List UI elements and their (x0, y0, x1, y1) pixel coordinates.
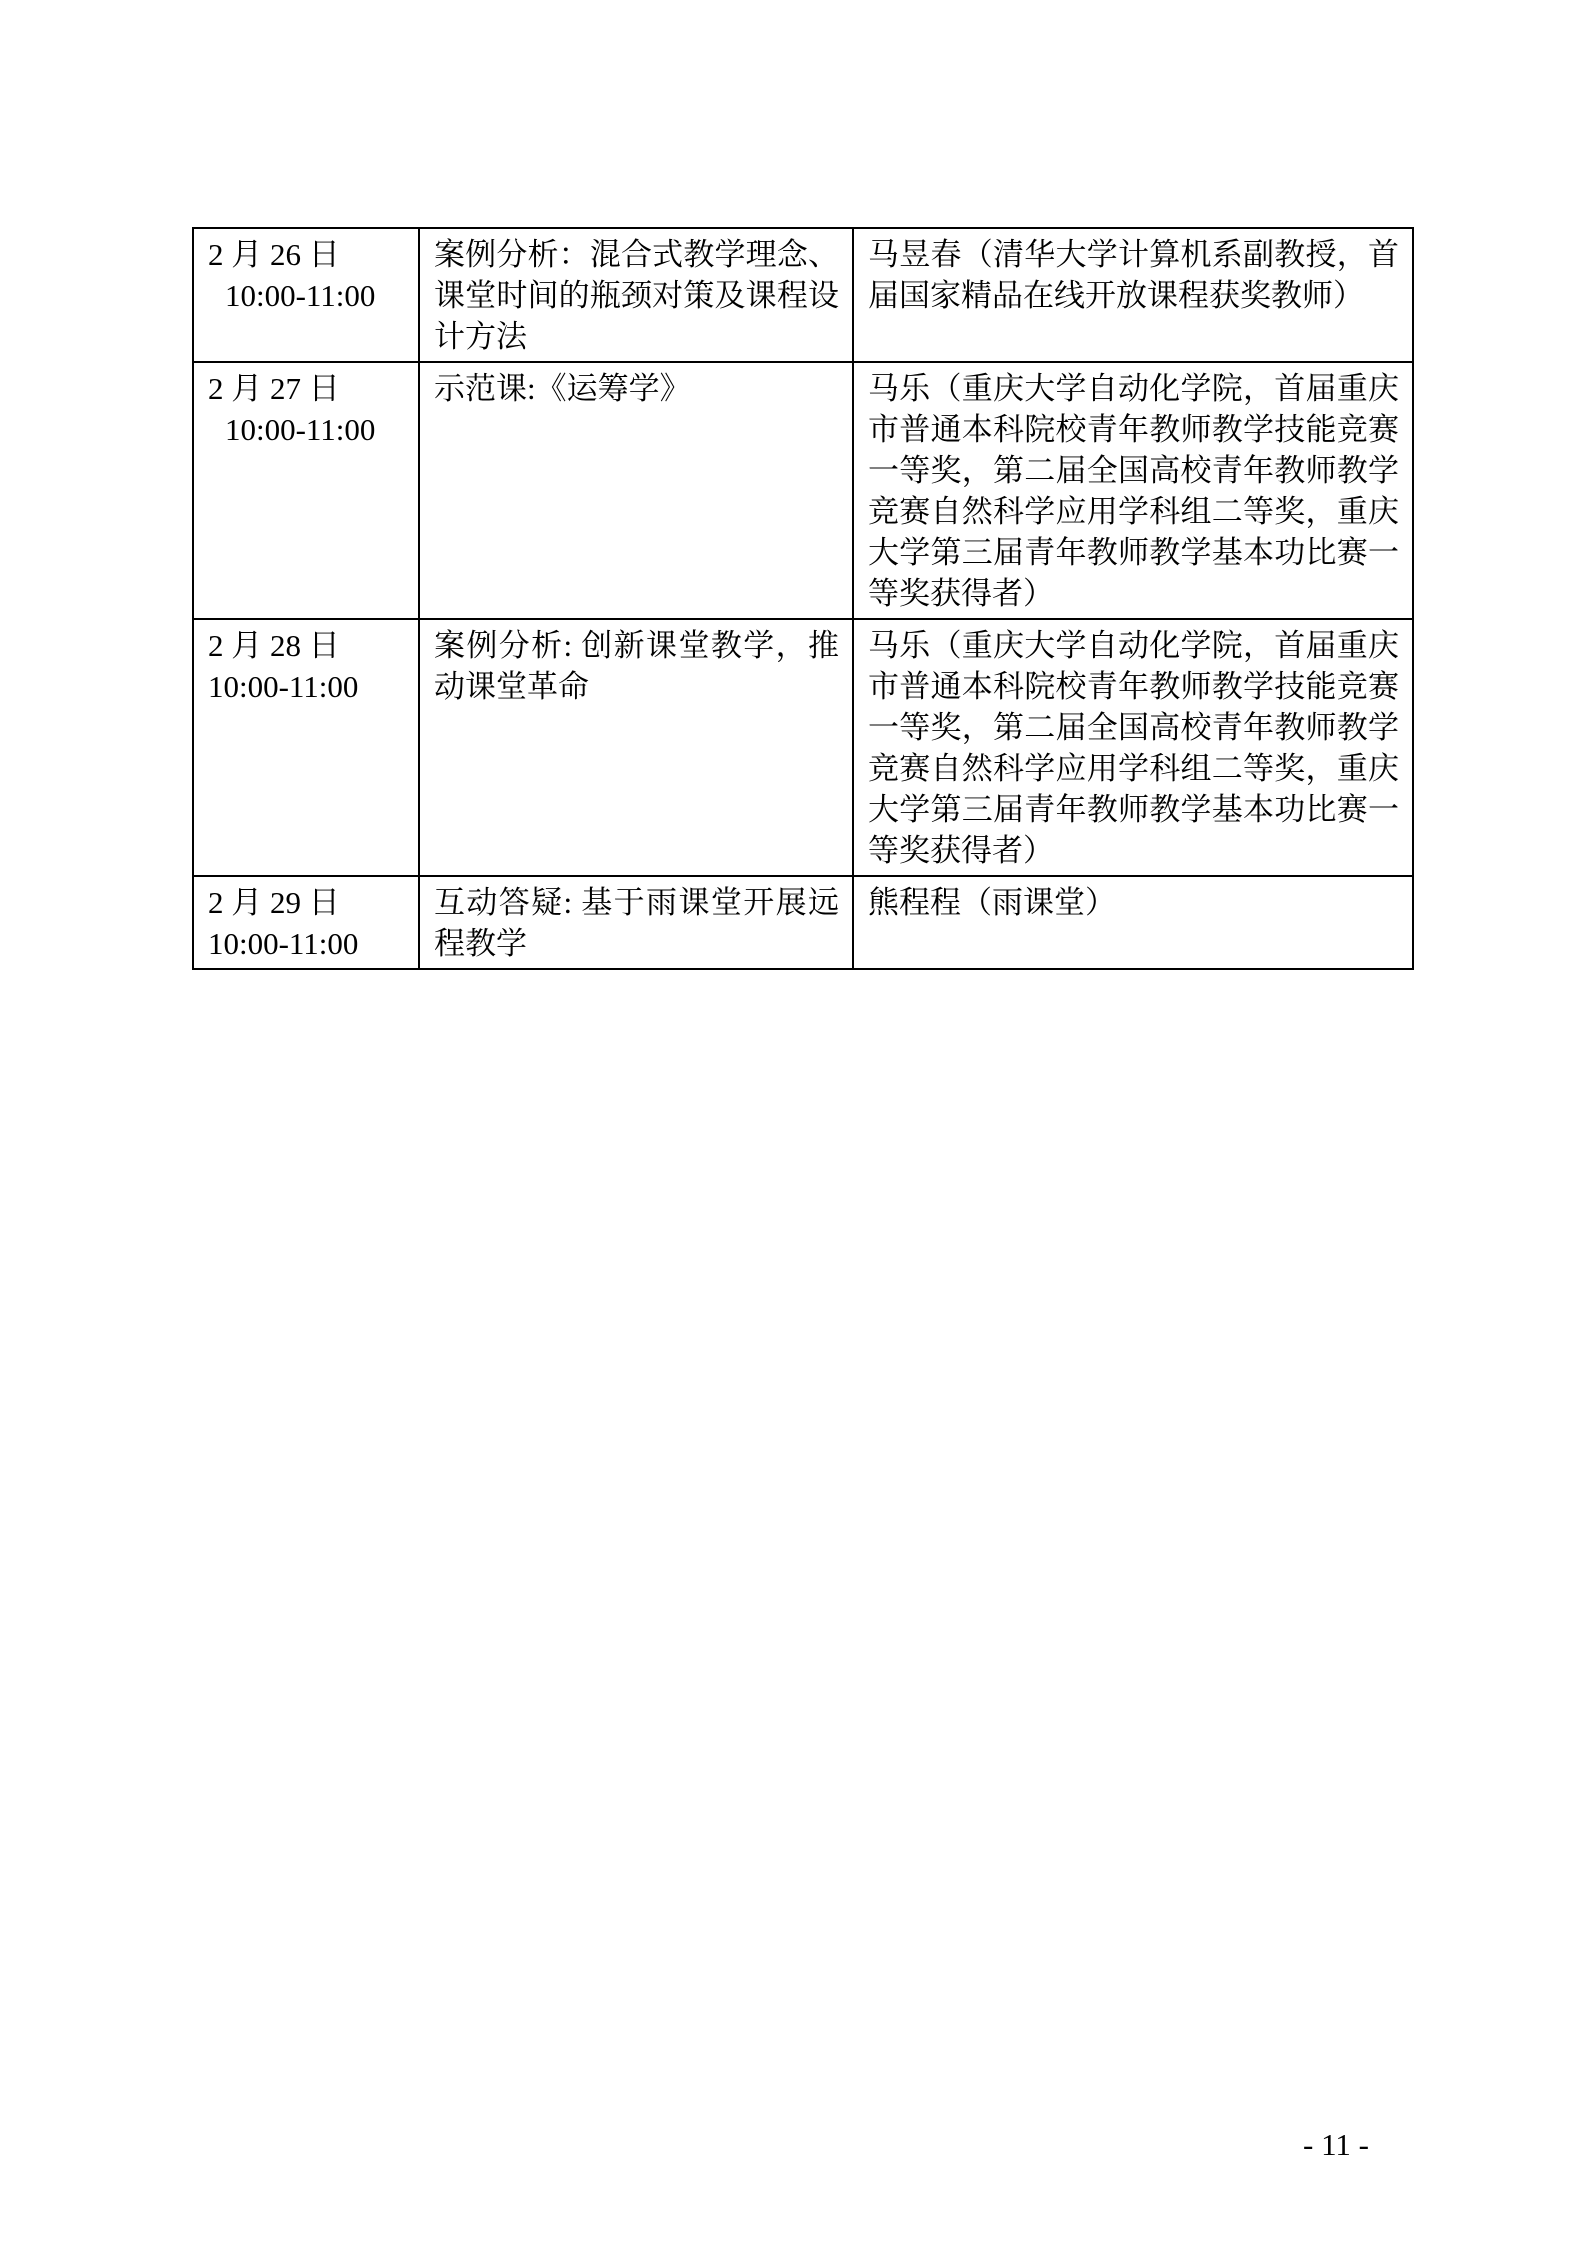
session-time: 10:00-11:00 (208, 409, 405, 450)
session-time: 10:00-11:00 (208, 666, 405, 707)
presenter-cell: 熊程程（雨课堂） (853, 876, 1413, 969)
table-row: 2 月 29 日 10:00-11:00 互动答疑: 基于雨课堂开展远程教学 熊… (193, 876, 1413, 969)
document-page: 2 月 26 日 10:00-11:00 案例分析：混合式教学理念、课堂时间的瓶… (0, 0, 1587, 2245)
session-topic: 案例分析：混合式教学理念、课堂时间的瓶颈对策及课程设计方法 (434, 234, 839, 357)
presenter-cell: 马昱春（清华大学计算机系副教授，首届国家精品在线开放课程获奖教师） (853, 228, 1413, 362)
session-presenter: 马乐（重庆大学自动化学院，首届重庆市普通本科院校青年教师教学技能竞赛一等奖，第二… (868, 625, 1399, 871)
session-presenter: 马乐（重庆大学自动化学院，首届重庆市普通本科院校青年教师教学技能竞赛一等奖，第二… (868, 368, 1399, 614)
topic-cell: 示范课:《运筹学》 (419, 362, 853, 619)
session-presenter: 熊程程（雨课堂） (868, 882, 1399, 923)
topic-cell: 案例分析: 创新课堂教学，推动课堂革命 (419, 619, 853, 876)
date-cell: 2 月 29 日 10:00-11:00 (193, 876, 419, 969)
date-cell: 2 月 28 日 10:00-11:00 (193, 619, 419, 876)
session-time: 10:00-11:00 (208, 923, 405, 964)
topic-cell: 案例分析：混合式教学理念、课堂时间的瓶颈对策及课程设计方法 (419, 228, 853, 362)
topic-cell: 互动答疑: 基于雨课堂开展远程教学 (419, 876, 853, 969)
table-row: 2 月 28 日 10:00-11:00 案例分析: 创新课堂教学，推动课堂革命… (193, 619, 1413, 876)
presenter-cell: 马乐（重庆大学自动化学院，首届重庆市普通本科院校青年教师教学技能竞赛一等奖，第二… (853, 362, 1413, 619)
session-topic: 互动答疑: 基于雨课堂开展远程教学 (434, 882, 839, 964)
session-date: 2 月 29 日 (208, 882, 405, 923)
session-topic: 示范课:《运筹学》 (434, 368, 839, 409)
session-presenter: 马昱春（清华大学计算机系副教授，首届国家精品在线开放课程获奖教师） (868, 234, 1399, 316)
schedule-table: 2 月 26 日 10:00-11:00 案例分析：混合式教学理念、课堂时间的瓶… (192, 227, 1414, 970)
date-cell: 2 月 26 日 10:00-11:00 (193, 228, 419, 362)
presenter-cell: 马乐（重庆大学自动化学院，首届重庆市普通本科院校青年教师教学技能竞赛一等奖，第二… (853, 619, 1413, 876)
table-row: 2 月 27 日 10:00-11:00 示范课:《运筹学》 马乐（重庆大学自动… (193, 362, 1413, 619)
page-number: - 11 - (1303, 2128, 1369, 2162)
table-row: 2 月 26 日 10:00-11:00 案例分析：混合式教学理念、课堂时间的瓶… (193, 228, 1413, 362)
session-topic: 案例分析: 创新课堂教学，推动课堂革命 (434, 625, 839, 707)
session-time: 10:00-11:00 (208, 275, 405, 316)
session-date: 2 月 27 日 (208, 368, 405, 409)
session-date: 2 月 28 日 (208, 625, 405, 666)
session-date: 2 月 26 日 (208, 234, 405, 275)
date-cell: 2 月 27 日 10:00-11:00 (193, 362, 419, 619)
